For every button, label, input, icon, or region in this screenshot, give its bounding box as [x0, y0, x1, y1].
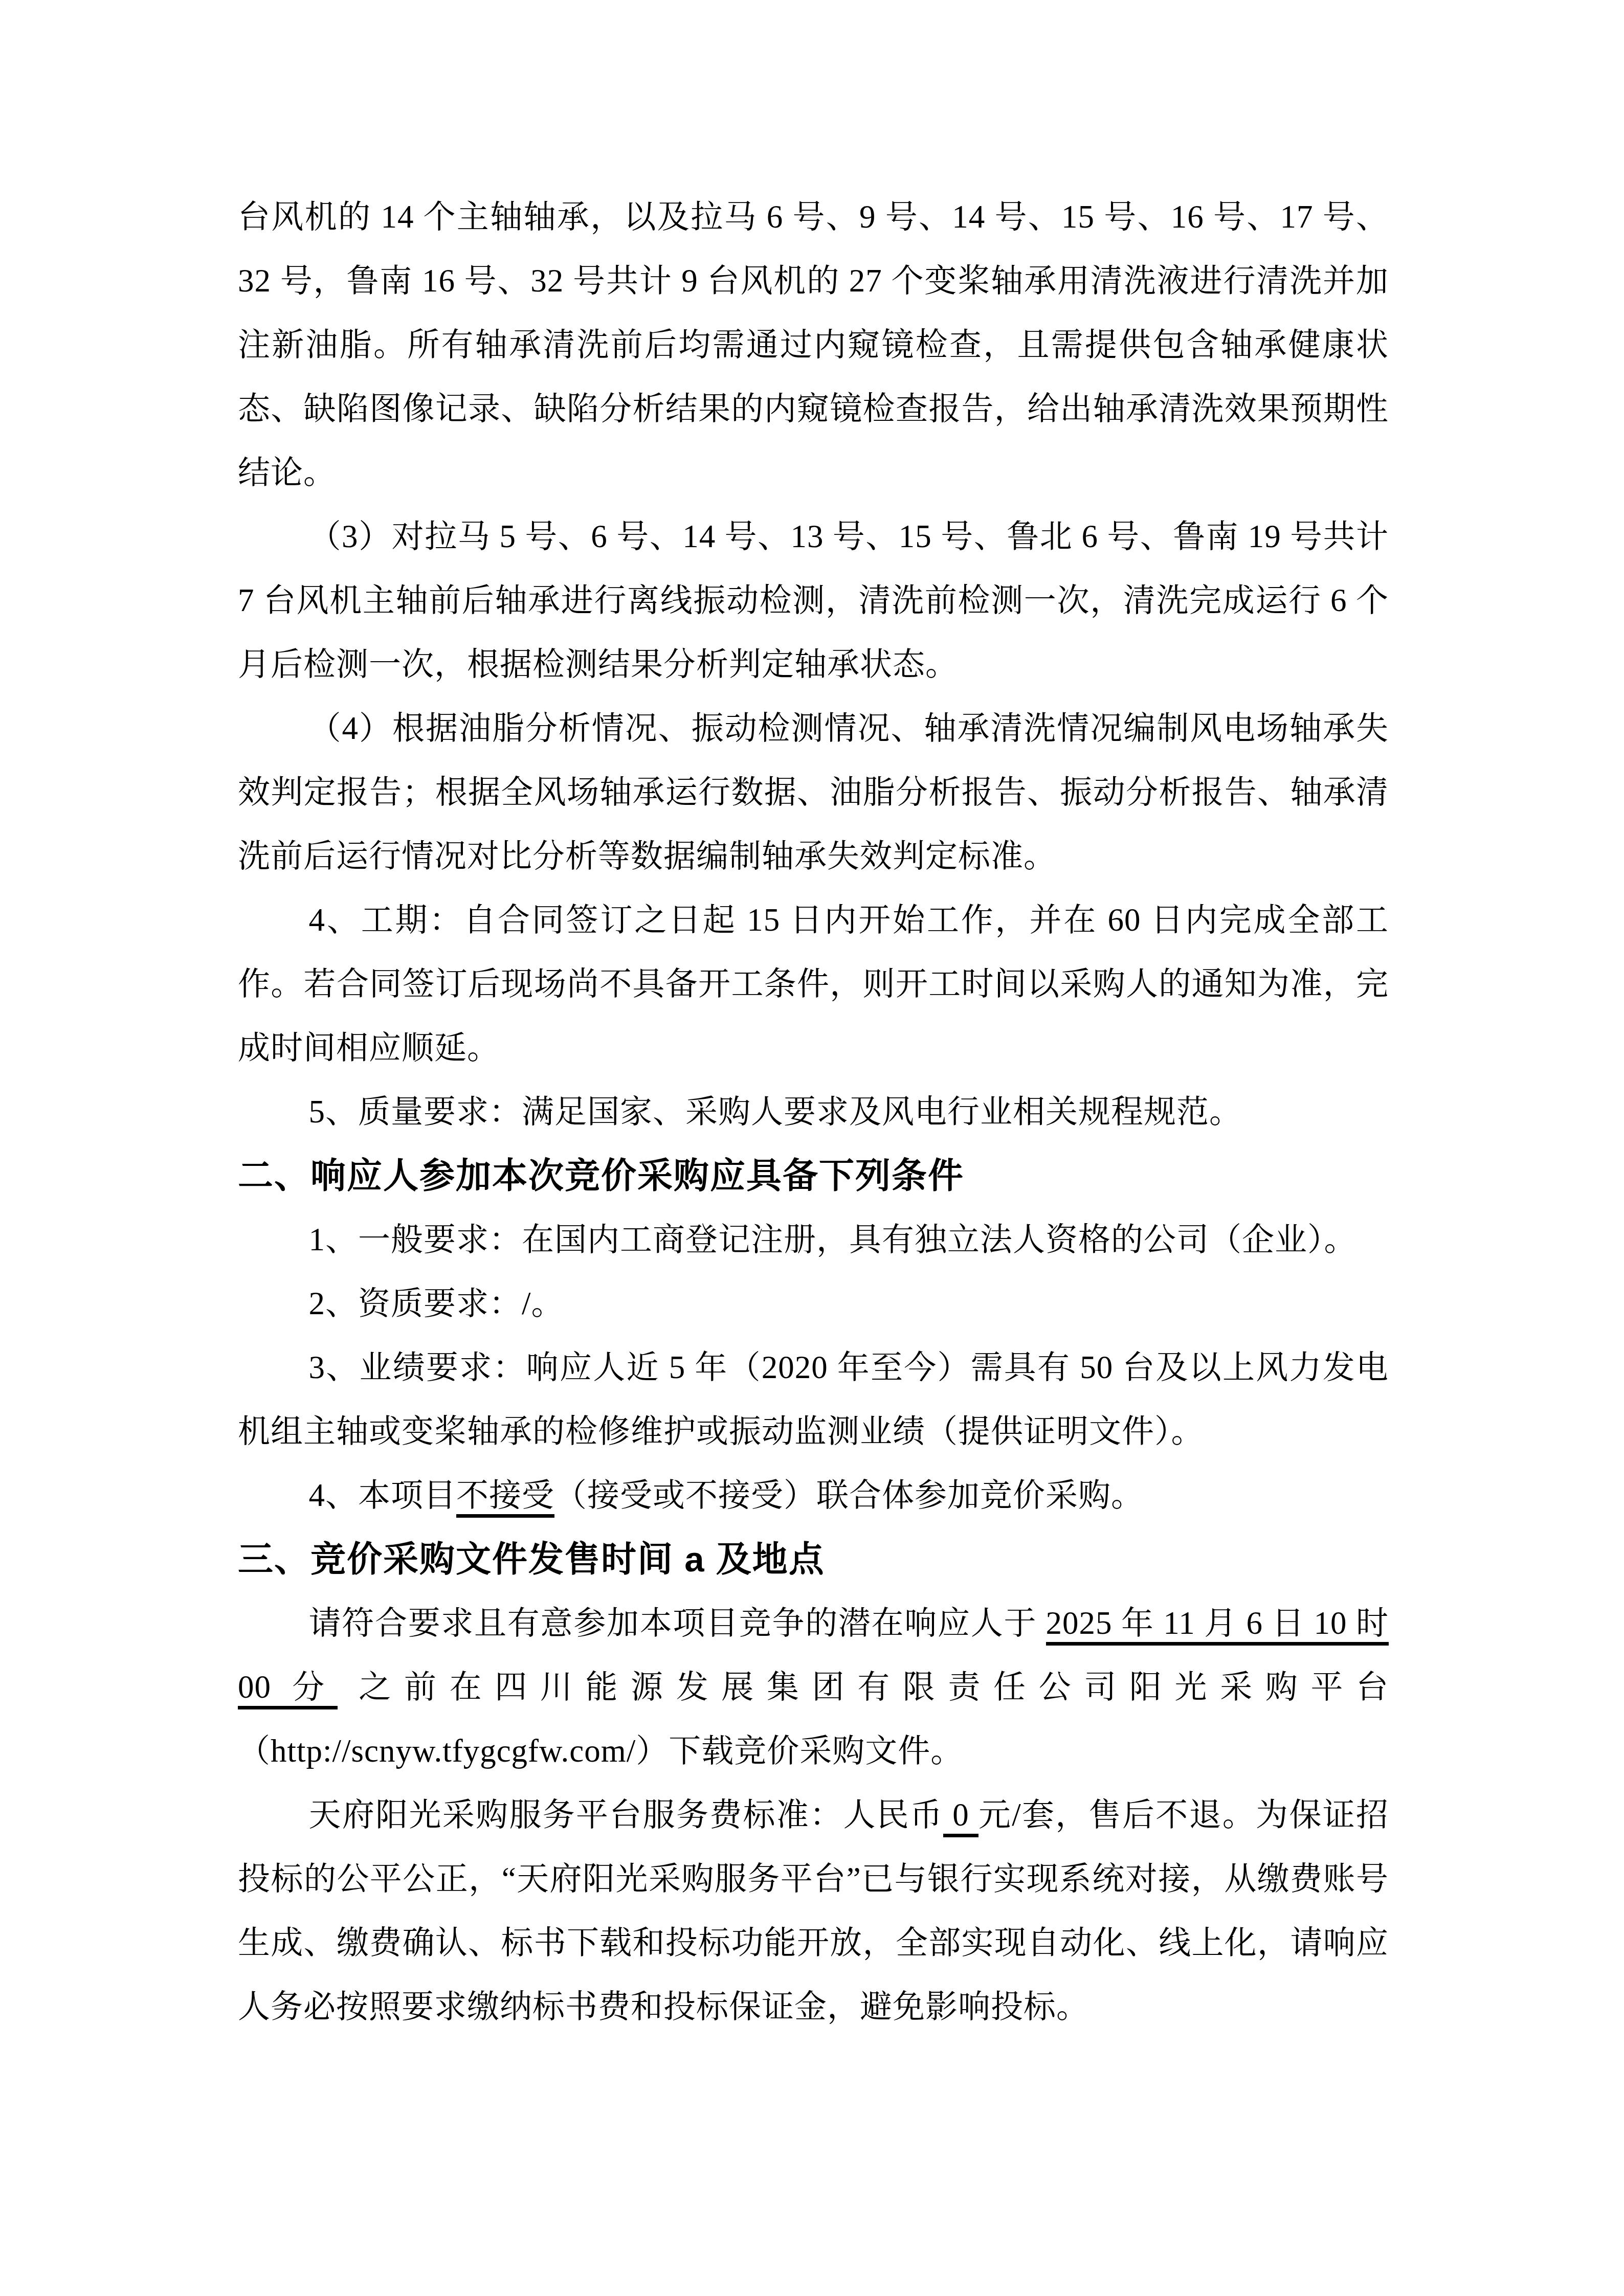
paragraph-bearing-cleaning-scope: 台风机的 14 个主轴轴承，以及拉马 6 号、9 号、14 号、15 号、16 …: [238, 185, 1389, 505]
paragraph-service-fee: 天府阳光采购服务平台服务费标准：人民币 0 元/套，售后不退。为保证招投标的公平…: [238, 1783, 1389, 2039]
underlined-not-accept-value: 不接受: [456, 1477, 554, 1518]
document-page: 台风机的 14 个主轴轴承，以及拉马 6 号、9 号、14 号、15 号、16 …: [0, 0, 1624, 2296]
paragraph-item-4-failure-report: （4）根据油脂分析情况、振动检测情况、轴承清洗情况编制风电场轴承失效判定报告；根…: [238, 696, 1389, 888]
heading-section-3-document-sale: 三、竞价采购文件发售时间 a 及地点: [238, 1527, 1389, 1591]
paragraph-performance-requirement: 3、业绩要求：响应人近 5 年（2020 年至今）需具有 50 台及以上风力发电…: [238, 1336, 1389, 1464]
heading-section-2-bidder-conditions: 二、响应人参加本次竞价采购应具备下列条件: [238, 1144, 1389, 1208]
paragraph-general-requirement: 1、一般要求：在国内工商登记注册，具有独立法人资格的公司（企业）。: [238, 1208, 1389, 1272]
text-run: 4、工期：自合同签订之日起 15 日内开始工作，并在 60 日内完成全部工作。若…: [238, 902, 1389, 1066]
text-run: （3）对拉马 5 号、6 号、14 号、13 号、15 号、鲁北 6 号、鲁南 …: [238, 519, 1389, 682]
paragraph-download-instruction: 请符合要求且有意参加本项目竞争的潜在响应人于 2025 年 11 月 6 日 1…: [238, 1591, 1389, 1783]
text-run: （4）根据油脂分析情况、振动检测情况、轴承清洗情况编制风电场轴承失效判定报告；根…: [238, 710, 1389, 874]
text-run: 之前在四川能源发展集团有限责任公司阳光采购平台（http://scnyw.tfy…: [238, 1669, 1389, 1769]
text-run: 台风机的 14 个主轴轴承，以及拉马 6 号、9 号、14 号、15 号、16 …: [238, 199, 1389, 490]
text-run: 天府阳光采购服务平台服务费标准：人民币: [309, 1797, 944, 1833]
text-run: 4、本项目: [309, 1477, 457, 1513]
text-run: 5、质量要求：满足国家、采购人要求及风电行业相关规程规范。: [309, 1094, 1242, 1130]
paragraph-qualification-requirement: 2、资质要求：/。: [238, 1272, 1389, 1336]
heading-text: 三、竞价采购文件发售时间 a 及地点: [238, 1540, 825, 1579]
heading-text: 二、响应人参加本次竞价采购应具备下列条件: [238, 1156, 964, 1196]
text-run: 请符合要求且有意参加本项目竞争的潜在响应人于: [309, 1605, 1046, 1641]
text-run: 1、一般要求：在国内工商登记注册，具有独立法人资格的公司（企业）。: [309, 1222, 1357, 1257]
text-run: 3、业绩要求：响应人近 5 年（2020 年至今）需具有 50 台及以上风力发电…: [238, 1349, 1389, 1449]
text-run: 2、资质要求：/。: [309, 1286, 564, 1321]
paragraph-item-3-vibration-test: （3）对拉马 5 号、6 号、14 号、13 号、15 号、鲁北 6 号、鲁南 …: [238, 505, 1389, 696]
paragraph-quality-requirement: 5、质量要求：满足国家、采购人要求及风电行业相关规程规范。: [238, 1080, 1389, 1144]
text-run: （接受或不接受）联合体参加竞价采购。: [554, 1477, 1144, 1513]
underlined-fee-amount-value: 0: [943, 1797, 978, 1837]
paragraph-work-duration: 4、工期：自合同签订之日起 15 日内开始工作，并在 60 日内完成全部工作。若…: [238, 888, 1389, 1080]
paragraph-consortium-rule: 4、本项目不接受（接受或不接受）联合体参加竞价采购。: [238, 1464, 1389, 1527]
